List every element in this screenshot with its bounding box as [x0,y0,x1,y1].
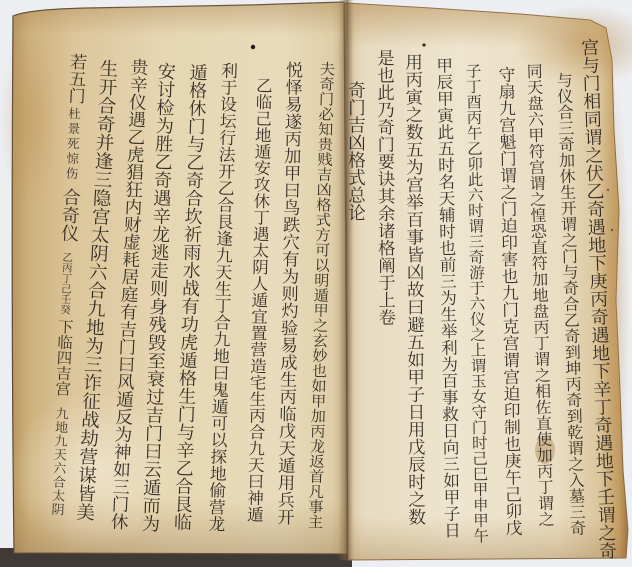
column-text: 若五门 [65,53,84,105]
right-page-column-7: 用丙寅之数五为宫举百事皆凶故曰避五如甲子日用戊辰时之数 [403,53,424,526]
column-text: 合奇仪 [59,187,79,242]
interlinear-note: 九地九天六合太阴 [49,406,67,516]
column-text: 下临四吉宫 [53,318,72,396]
section-title: 奇门吉凶格式总论 [346,81,364,221]
interlinear-note: 乙丙丁己壬癸 [59,252,72,315]
ink-spot [251,45,255,49]
ink-spot [422,43,425,46]
manuscript-photo: 宫与门相同谓之伏乙奇遇地下庚丙奇遇地下辛丁奇遇地下壬谓之奇 与仪合三奇加休生开谓… [0,0,632,567]
interlinear-note: 杜景死惊伤 [64,107,80,182]
right-page-column-8: 是也此乃奇门要诀其余诸格阐于上卷 [374,49,393,326]
